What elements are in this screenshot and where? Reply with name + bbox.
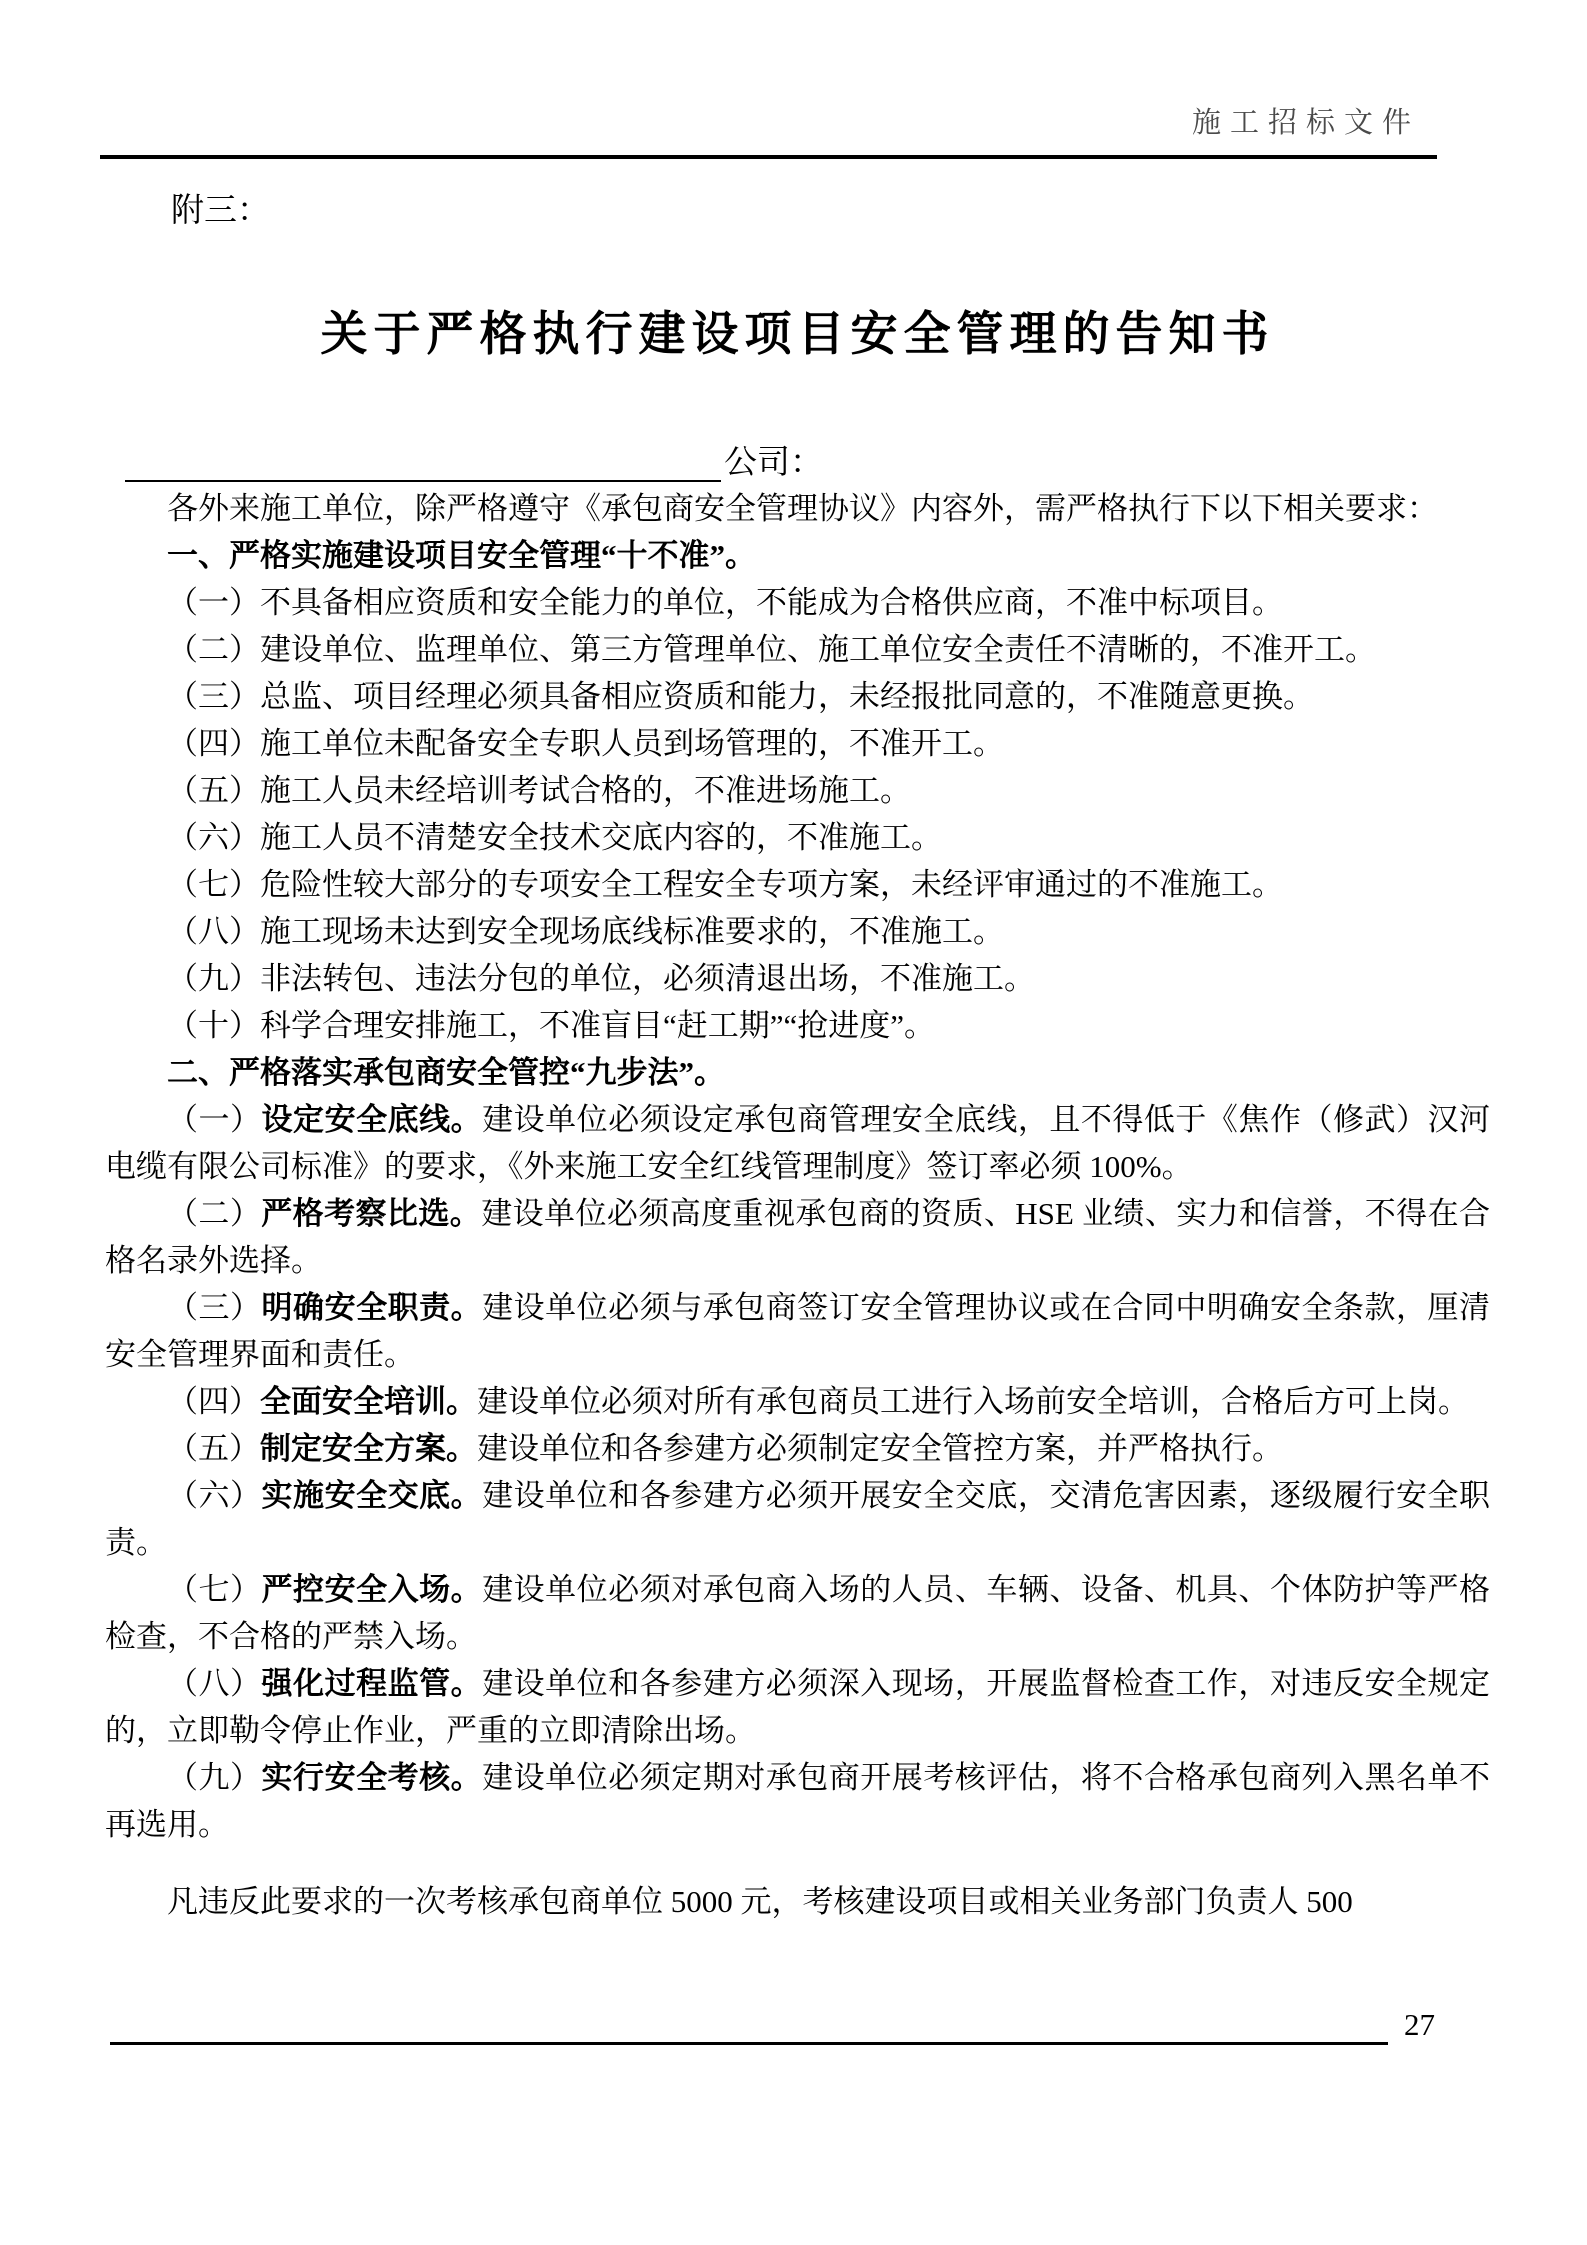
section1-item-7: （七）危险性较大部分的专项安全工程安全专项方案，未经评审通过的不准施工。 bbox=[105, 861, 1490, 908]
item-lead: 制定安全方案。 bbox=[260, 1431, 477, 1466]
item-number: （七） bbox=[167, 1572, 262, 1607]
item-lead: 实施安全交底。 bbox=[262, 1478, 483, 1513]
section1-item-8: （八）施工现场未达到安全现场底线标准要求的，不准施工。 bbox=[105, 908, 1490, 955]
section2-item-1: （一）设定安全底线。建设单位必须设定承包商管理安全底线，且不得低于《焦作（修武）… bbox=[105, 1096, 1490, 1190]
section1-item-4: （四）施工单位未配备安全专职人员到场管理的，不准开工。 bbox=[105, 720, 1490, 767]
section2-item-4: （四）全面安全培训。建设单位必须对所有承包商员工进行入场前安全培训，合格后方可上… bbox=[105, 1378, 1490, 1425]
document-title: 关于严格执行建设项目安全管理的告知书 bbox=[105, 307, 1490, 363]
item-lead: 明确安全职责。 bbox=[262, 1290, 483, 1325]
section2-item-9: （九）实行安全考核。建设单位必须定期对承包商开展考核评估，将不合格承包商列入黑名… bbox=[105, 1754, 1490, 1848]
company-label: 公司： bbox=[724, 445, 823, 482]
intro-paragraph: 各外来施工单位，除严格遵守《承包商安全管理协议》内容外，需严格执行下以下相关要求… bbox=[105, 485, 1490, 532]
item-lead: 强化过程监管。 bbox=[262, 1666, 483, 1701]
company-name-blank-underline bbox=[125, 446, 721, 482]
section2-heading: 二、严格落实承包商安全管控“九步法”。 bbox=[105, 1049, 1490, 1096]
item-text: 建设单位和各参建方必须制定安全管控方案，并严格执行。 bbox=[477, 1431, 1283, 1466]
section2-item-2: （二）严格考察比选。建设单位必须高度重视承包商的资质、HSE 业绩、实力和信誉，… bbox=[105, 1190, 1490, 1284]
page-number: 27 bbox=[1404, 2008, 1435, 2042]
item-number: （二） bbox=[167, 1196, 261, 1231]
item-number: （三） bbox=[167, 1290, 262, 1325]
item-lead: 严控安全入场。 bbox=[262, 1572, 483, 1607]
section1-heading: 一、严格实施建设项目安全管理“十不准”。 bbox=[105, 532, 1490, 579]
section1-item-10: （十）科学合理安排施工，不准盲目“赶工期”“抢进度”。 bbox=[105, 1002, 1490, 1049]
item-number: （四） bbox=[167, 1384, 260, 1419]
section2-item-3: （三）明确安全职责。建设单位必须与承包商签订安全管理协议或在合同中明确安全条款，… bbox=[105, 1284, 1490, 1378]
item-number: （九） bbox=[167, 1760, 262, 1795]
section2-item-8: （八）强化过程监管。建设单位和各参建方必须深入现场，开展监督检查工作，对违反安全… bbox=[105, 1660, 1490, 1754]
section1-item-1: （一）不具备相应资质和安全能力的单位，不能成为合格供应商，不准中标项目。 bbox=[105, 579, 1490, 626]
company-line: 公司： bbox=[105, 445, 1490, 482]
header-rule bbox=[100, 155, 1437, 159]
item-number: （八） bbox=[167, 1666, 262, 1701]
item-number: （一） bbox=[167, 1102, 262, 1137]
attachment-label: 附三： bbox=[105, 191, 1490, 231]
page-header: 施工招标文件 bbox=[0, 0, 1587, 141]
item-lead: 实行安全考核。 bbox=[262, 1760, 483, 1795]
section1-item-3: （三）总监、项目经理必须具备相应资质和能力，未经报批同意的，不准随意更换。 bbox=[105, 673, 1490, 720]
section1-item-5: （五）施工人员未经培训考试合格的，不准进场施工。 bbox=[105, 767, 1490, 814]
penalty-paragraph: 凡违反此要求的一次考核承包商单位 5000 元，考核建设项目或相关业务部门负责人… bbox=[105, 1878, 1490, 1925]
section1-item-6: （六）施工人员不清楚安全技术交底内容的，不准施工。 bbox=[105, 814, 1490, 861]
section2-item-7: （七）严控安全入场。建设单位必须对承包商入场的人员、车辆、设备、机具、个体防护等… bbox=[105, 1566, 1490, 1660]
item-lead: 设定安全底线。 bbox=[262, 1102, 483, 1137]
document-body: 附三： 关于严格执行建设项目安全管理的告知书 公司： 各外来施工单位，除严格遵守… bbox=[0, 191, 1587, 1925]
item-number: （六） bbox=[167, 1478, 262, 1513]
section1-item-9: （九）非法转包、违法分包的单位，必须清退出场，不准施工。 bbox=[105, 955, 1490, 1002]
section2-item-5: （五）制定安全方案。建设单位和各参建方必须制定安全管控方案，并严格执行。 bbox=[105, 1425, 1490, 1472]
footer-rule bbox=[110, 2042, 1388, 2045]
section1-item-2: （二）建设单位、监理单位、第三方管理单位、施工单位安全责任不清晰的，不准开工。 bbox=[105, 626, 1490, 673]
header-doc-type-label: 施工招标文件 bbox=[1192, 107, 1420, 139]
item-number: （五） bbox=[167, 1431, 260, 1466]
item-lead: 全面安全培训。 bbox=[260, 1384, 477, 1419]
item-lead: 严格考察比选。 bbox=[261, 1196, 481, 1231]
section2-item-6: （六）实施安全交底。建设单位和各参建方必须开展安全交底，交清危害因素，逐级履行安… bbox=[105, 1472, 1490, 1566]
document-page: 施工招标文件 附三： 关于严格执行建设项目安全管理的告知书 公司： 各外来施工单… bbox=[0, 0, 1587, 2245]
item-text: 建设单位必须对所有承包商员工进行入场前安全培训，合格后方可上岗。 bbox=[477, 1384, 1469, 1419]
